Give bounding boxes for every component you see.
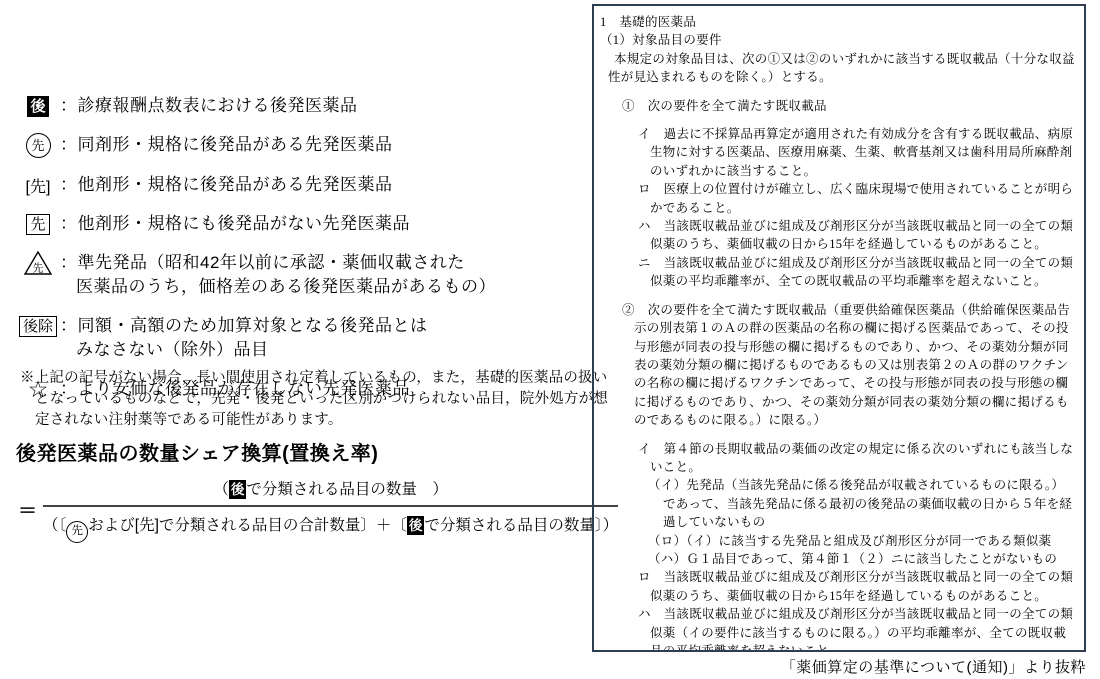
notice-paragraph: ロ 当該既収載品並びに組成及び剤形区分が当該既収載品と同一の全ての類似薬のうち、… [600, 568, 1076, 605]
quasi-brand-triangle-symbol: 先 [24, 251, 52, 275]
substitution-rate-heading: 後発医薬品の数量シェア換算(置換え率) [16, 437, 378, 466]
notice-spacer [600, 430, 1076, 440]
legend-item-brand-same-form: 先 ：同剤形・規格に後発品がある先発医薬品 [16, 133, 594, 158]
brand-drug-bracket-symbol: [先] [26, 174, 51, 197]
notice-paragraph: ロ 医療上の位置付けが確立し、広く臨床現場で使用されていることが明らかであること… [600, 180, 1076, 217]
notice-paragraph: 本規定の対象品目は、次の①又は②のいずれかに該当する既収載品（十分な収益性が見込… [600, 50, 1076, 87]
notice-spacer [600, 115, 1076, 125]
notice-paragraph: （ハ）Ｇ１品目であって、第４節１（２）ニに該当したことがないもの [600, 550, 1076, 568]
generic-drug-filled-symbol: 後 [407, 516, 425, 535]
notice-paragraph: ニ 当該既収載品並びに組成及び剤形区分が当該既収載品と同一の全ての類似薬の平均乖… [600, 254, 1076, 291]
notice-spacer [600, 291, 1076, 301]
legend-item-brand-no-generic: 先 ：他剤形・規格にも後発品がない先発医薬品 [16, 212, 594, 236]
notification-excerpt-box: 1 基礎的医薬品 （1）対象品目の要件 本規定の対象品目は、次の①又は②のいずれ… [592, 4, 1086, 652]
brand-drug-circle-symbol: 先 [26, 133, 51, 158]
substitution-rate-formula: ＝ （後で分類される品目の数量 ） （〔先および[先]で分類される品目の合計数量… [18, 477, 618, 543]
source-caption: 「薬価算定の基準について(通知)」より抜粋 [781, 656, 1086, 677]
legend-item-label: ：準先発品（昭和42年以前に承認・薬価収載された医薬品のうち，価格差のある後発医… [60, 251, 496, 299]
legend-item-generic: 後 ：診療報酬点数表における後発医薬品 [16, 94, 594, 118]
legend-item-label: ：他剤形・規格に後発品がある先発医薬品 [60, 173, 393, 197]
notice-paragraph: （1）対象品目の要件 [600, 31, 1076, 49]
generic-drug-filled-symbol: 後 [229, 480, 247, 499]
fraction: （後で分類される品目の数量 ） （〔先および[先]で分類される品目の合計数量〕＋… [43, 477, 618, 543]
svg-text:先: 先 [33, 261, 44, 275]
legend-item-label: ：他剤形・規格にも後発品がない先発医薬品 [60, 212, 410, 236]
legend-item-label: ：同額・高額のため加算対象となる後発品とはみなさない（除外）品目 [60, 314, 428, 362]
legend-item-quasi-brand: 先 ：準先発品（昭和42年以前に承認・薬価収載された医薬品のうち，価格差のある後… [16, 251, 594, 299]
notice-paragraph: ハ 当該既収載品並びに組成及び剤形区分が当該既収載品と同一の全ての類似薬（イの要… [600, 605, 1076, 652]
formula-denominator: （〔先および[先]で分類される品目の合計数量〕＋〔後で分類される品目の数量〕） [43, 507, 618, 543]
equals-sign: ＝ [18, 496, 37, 523]
notice-paragraph: ハ 当該既収載品並びに組成及び剤形区分が当該既収載品と同一の全ての類似薬のうち、… [600, 217, 1076, 254]
notice-paragraph: イ 第４節の長期収載品の薬価の改定の規定に係る次のいずれにも該当しないこと。 [600, 440, 1076, 477]
legend-note: ※上記の記号がない場合，長い間使用され定着しているもの，また，基礎的医薬品の扱い… [20, 368, 613, 431]
generic-drug-filled-symbol: 後 [27, 96, 48, 117]
brand-drug-circle-symbol: 先 [66, 521, 88, 543]
excluded-generic-box-symbol: 後除 [19, 316, 57, 337]
legend-item-excluded-generic: 後除 ：同額・高額のため加算対象となる後発品とはみなさない（除外）品目 [16, 314, 594, 362]
legend-item-brand-other-form: [先] ：他剤形・規格に後発品がある先発医薬品 [16, 173, 594, 197]
notice-paragraph: （イ）先発品（当該先発品に係る後発品が収載されているものに限る。）であって、当該… [600, 476, 1076, 531]
formula-numerator: （後で分類される品目の数量 ） [43, 477, 618, 507]
notice-paragraph: 1 基礎的医薬品 [600, 13, 1076, 31]
notice-paragraph: ① 次の要件を全て満たす既収載品 [600, 97, 1076, 115]
legend-item-label: ：診療報酬点数表における後発医薬品 [60, 94, 358, 118]
legend-item-label: ：同剤形・規格に後発品がある先発医薬品 [60, 133, 393, 157]
notice-spacer [600, 87, 1076, 97]
notice-paragraph: イ 過去に不採算品再算定が適用された有効成分を含有する既収載品、病原生物に対する… [600, 125, 1076, 180]
brand-drug-box-symbol: 先 [26, 214, 49, 235]
notice-paragraph: （ロ）（イ）に該当する先発品と組成及び剤形区分が同一である類似薬 [600, 532, 1076, 550]
notice-paragraph: ② 次の要件を全て満たす既収載品（重要供給確保医薬品（供給確保医薬品告示の別表第… [600, 301, 1076, 430]
